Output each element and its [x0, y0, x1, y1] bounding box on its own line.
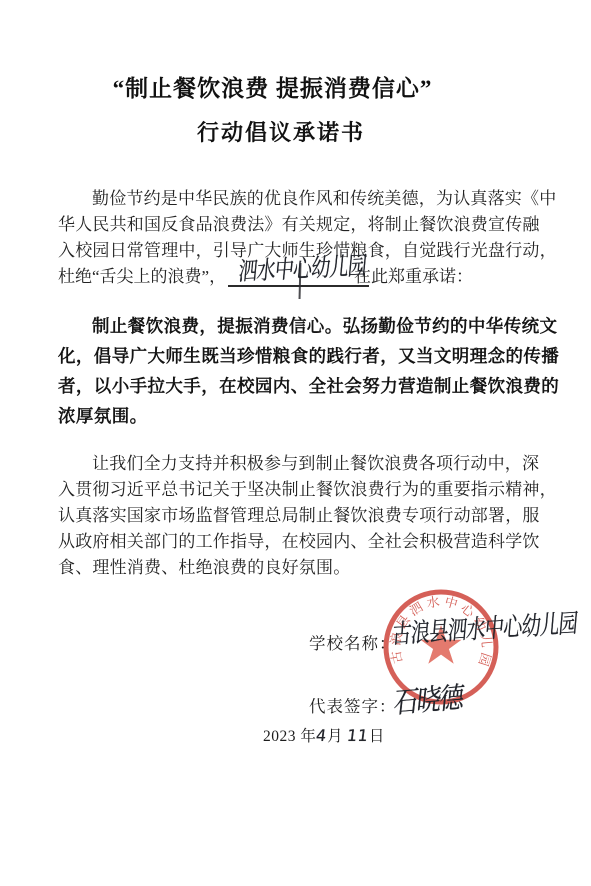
- paragraph3-line1: 让我们全力支持并积极参与到制止餐饮浪费各项行动中，深: [92, 449, 576, 474]
- paragraph2-line1: 制止餐饮浪费，提振消费信心。弘扬勤俭节约的中华传统文: [92, 313, 576, 338]
- paragraph3-line2: 入贯彻习近平总书记关于坚决制止餐饮浪费行为的重要指示精神，: [58, 475, 542, 500]
- paragraph1-line1: 勤俭节约是中华民族的优良作风和传统美德，为认真落实《中: [92, 184, 576, 209]
- paragraph2-line4: 浓厚氛围。: [58, 403, 542, 428]
- date-day-unit: 日: [369, 728, 385, 745]
- paragraph1-line2: 华人民共和国反食品浪费法》有关规定，将制止餐饮浪费宣传融: [58, 210, 542, 235]
- date-line: 2023 年4月 11日: [263, 724, 385, 746]
- paragraph1-line4-prefix: 杜绝“舌尖上的浪费”，: [58, 262, 226, 287]
- date-month-unit: 月: [327, 728, 347, 745]
- document-page: “制止餐饮浪费 提振消费信心” 行动倡议承诺书 勤俭节约是中华民族的优良作风和传…: [0, 0, 591, 886]
- date-year: 2023 年: [263, 728, 316, 745]
- paragraph2-line2: 化，倡导广大师生既当珍惜粮食的践行者，又当文明理念的传播: [58, 343, 542, 368]
- document-title-line1: “制止餐饮浪费 提振消费信心”: [0, 70, 545, 103]
- paragraph3-line5: 食、理性消费、杜绝浪费的良好氛围。: [58, 553, 542, 578]
- paragraph2-line3: 者，以小手拉大手，在校园内、全社会努力营造制止餐饮浪费的: [58, 373, 542, 398]
- paragraph3-line3: 认真落实国家市场监督管理总局制止餐饮浪费专项行动部署，服: [58, 501, 542, 526]
- handwritten-representative-signature: 石晓德: [392, 675, 465, 722]
- document-title-line2: 行动倡议承诺书: [0, 116, 562, 147]
- handwritten-school-name-blank: 泗水中心幼儿园: [237, 246, 368, 288]
- date-day-handwritten: 11: [346, 726, 370, 745]
- paragraph1-line4-suffix: 在此郑重承诺：: [354, 262, 473, 287]
- paragraph3-line4: 从政府相关部门的工作指导，在校园内、全社会积极营造科学饮: [58, 527, 542, 552]
